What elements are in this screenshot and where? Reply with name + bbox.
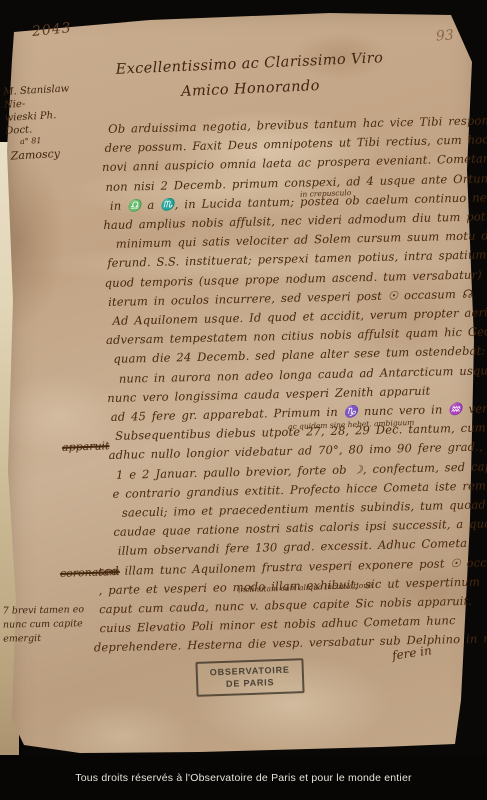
letter-body: Ob arduissima negotia, brevibus tantum h… xyxy=(104,112,486,658)
margin-address-line: wieski Ph. Doct. xyxy=(4,108,75,138)
interlinear-note: in crepusculo xyxy=(300,188,352,199)
observatory-stamp: OBSERVATOIRE DE PARIS xyxy=(195,658,304,697)
manuscript-scan: 2043 93 Excellentissimo ac Clarissimo Vi… xyxy=(0,0,487,800)
margin-address-line: M. Stanislaw Nie- xyxy=(3,82,74,112)
margin-note-line: nunc cum capite xyxy=(3,617,75,632)
margin-note-line: 7 brevi tamen eo xyxy=(3,603,75,618)
margin-note-line: emergit xyxy=(3,631,75,646)
crossed-out-word: apparuit xyxy=(62,439,110,454)
copyright-text: Tous droits réservés à l'Observatoire de… xyxy=(75,772,411,784)
folio-number: 93 xyxy=(435,27,454,44)
margin-note: 7 brevi tamen eonunc cum capiteemergit xyxy=(3,603,76,646)
crossed-out-word: coronatam xyxy=(60,565,120,580)
margin-address: M. Stanislaw Nie-wieski Ph. Doct.a° 81Za… xyxy=(3,82,77,163)
copyright-footer-bar: Tous droits réservés à l'Observatoire de… xyxy=(0,755,487,800)
margin-address-line: a° 81 xyxy=(20,134,76,146)
